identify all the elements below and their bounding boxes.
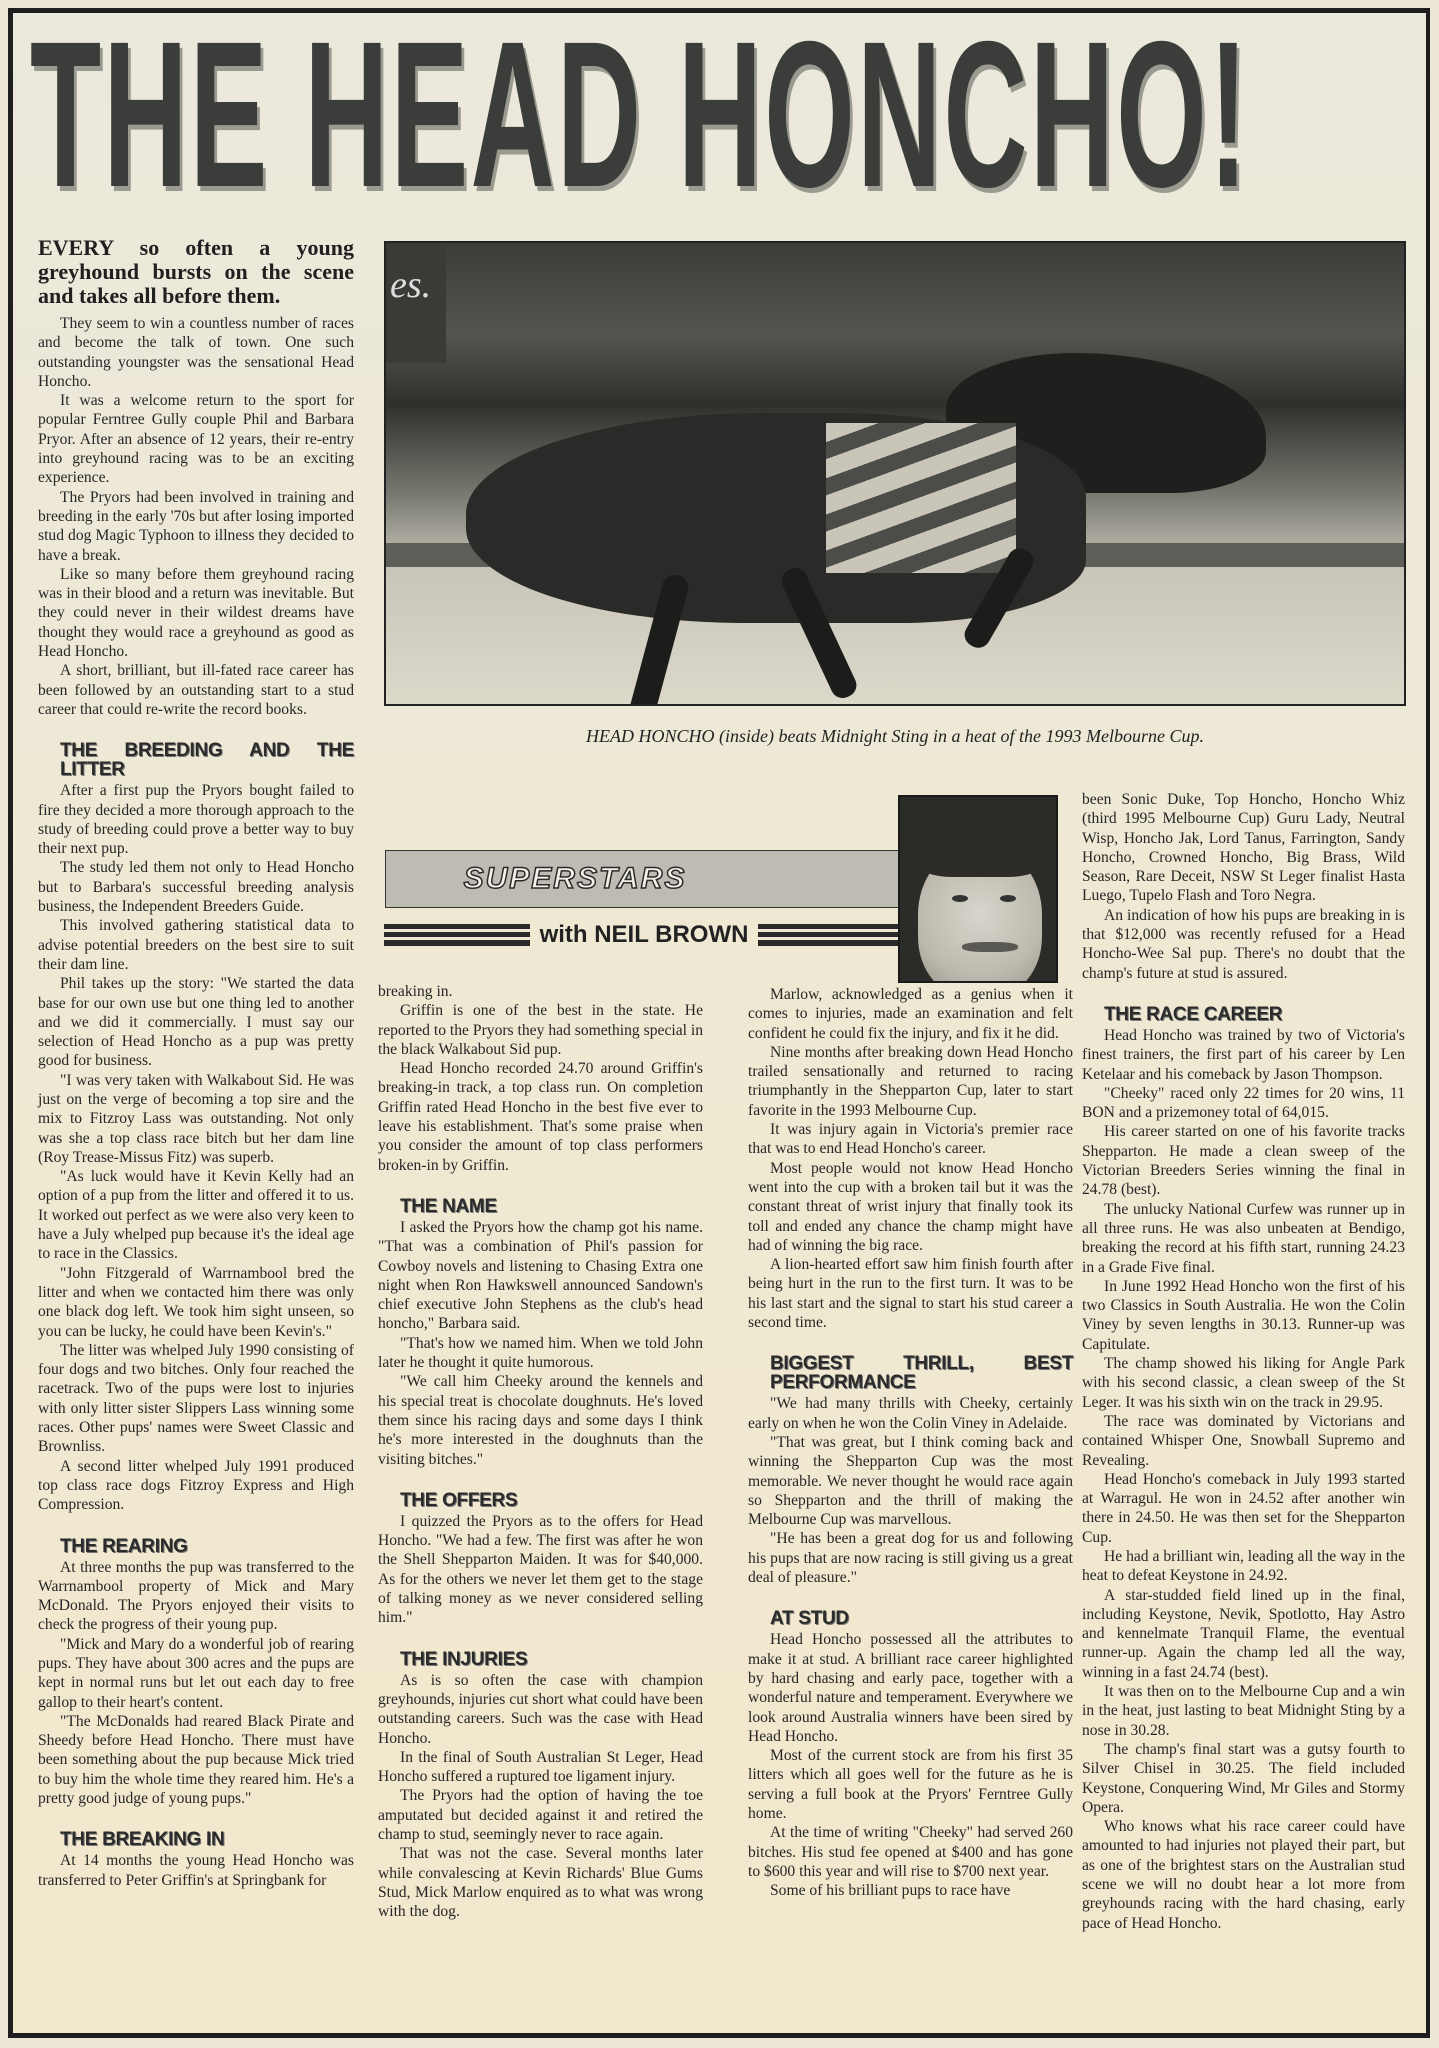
paragraph: Griffin is one of the best in the state.…	[378, 1001, 703, 1059]
paragraph: "He has been a great dog for us and foll…	[748, 1529, 1073, 1587]
paragraph: "We call him Cheeky around the kennels a…	[378, 1372, 703, 1468]
paragraph: "John Fitzgerald of Warrnambool bred the…	[38, 1264, 354, 1341]
paragraph: "I was very taken with Walkabout Sid. He…	[38, 1071, 354, 1167]
paragraph: A second litter whelped July 1991 produc…	[38, 1457, 354, 1515]
paragraph: "Mick and Mary do a wonderful job of rea…	[38, 1635, 354, 1712]
paragraph: Head Honcho was trained by two of Victor…	[1082, 1026, 1405, 1084]
paragraph: A star-studded field lined up in the fin…	[1082, 1586, 1405, 1682]
paragraph: It was then on to the Melbourne Cup and …	[1082, 1682, 1405, 1740]
paragraph: Head Honcho's comeback in July 1993 star…	[1082, 1470, 1405, 1547]
paragraph: After a first pup the Pryors bought fail…	[38, 781, 354, 858]
paragraph: A short, brilliant, but ill-fated race c…	[38, 661, 354, 719]
paragraph: I quizzed the Pryors as to the offers fo…	[378, 1512, 703, 1628]
paragraph: Most of the current stock are from his f…	[748, 1746, 1073, 1823]
byline: with NEIL BROWN	[384, 920, 904, 950]
eye	[952, 895, 968, 902]
paragraph: breaking in.	[378, 982, 703, 1001]
section-heading: THE INJURIES	[400, 1650, 703, 1669]
paragraph: The study led them not only to Head Honc…	[38, 858, 354, 916]
paragraph: In June 1992 Head Honcho won the first o…	[1082, 1277, 1405, 1354]
paragraph: The litter was whelped July 1990 consist…	[38, 1341, 354, 1457]
track-sign: es.	[386, 243, 446, 363]
paragraph: "That's how we named him. When we told J…	[378, 1334, 703, 1373]
paragraph: I asked the Pryors how the champ got his…	[378, 1218, 703, 1334]
paragraph: It was a welcome return to the sport for…	[38, 391, 354, 487]
section-heading: THE NAME	[400, 1197, 703, 1216]
paragraph: The champ's final start was a gutsy four…	[1082, 1740, 1405, 1817]
paragraph: Head Honcho recorded 24.70 around Griffi…	[378, 1059, 703, 1175]
byline-text: with NEIL BROWN	[530, 921, 759, 949]
column-4: been Sonic Duke, Top Honcho, Honcho Whiz…	[1082, 790, 1405, 1933]
paragraph: At three months the pup was transferred …	[38, 1558, 354, 1635]
headline: THE HEAD HONCHO!	[30, 20, 803, 210]
stripes-left	[384, 924, 530, 946]
paragraph: Who knows what his race career could hav…	[1082, 1817, 1405, 1933]
moustache	[962, 942, 1018, 952]
superstars-banner: SUPERSTARS	[385, 850, 905, 908]
hair	[910, 807, 1050, 877]
paragraph: "The McDonalds had reared Black Pirate a…	[38, 1712, 354, 1808]
paragraph: Like so many before them greyhound racin…	[38, 565, 354, 661]
paragraph: This involved gathering statistical data…	[38, 916, 354, 974]
paragraph: "Cheeky" raced only 22 times for 20 wins…	[1082, 1084, 1405, 1123]
paragraph: Most people would not know Head Honcho w…	[748, 1159, 1073, 1255]
paragraph: Phil takes up the story: "We started the…	[38, 974, 354, 1070]
paragraph: The race was dominated by Victorians and…	[1082, 1412, 1405, 1470]
section-heading: THE REARING	[60, 1537, 354, 1556]
column-2: breaking in. Griffin is one of the best …	[378, 982, 703, 1921]
stripes-right	[758, 924, 904, 946]
paragraph: As is so often the case with champion gr…	[378, 1671, 703, 1748]
paragraph: It was injury again in Victoria's premie…	[748, 1120, 1073, 1159]
column-1: EVERY so often a young greyhound bursts …	[38, 236, 354, 1890]
paragraph: Some of his brilliant pups to race have	[748, 1881, 1073, 1900]
paragraph: "As luck would have it Kevin Kelly had a…	[38, 1167, 354, 1263]
section-heading: BIGGEST THRILL, BEST PERFORMANCE	[770, 1354, 1073, 1392]
paragraph: In the final of South Australian St Lege…	[378, 1748, 703, 1787]
paragraph: Nine months after breaking down Head Hon…	[748, 1043, 1073, 1120]
racing-rug	[826, 423, 1016, 573]
section-heading: THE BREAKING IN	[60, 1830, 354, 1849]
paragraph: The unlucky National Curfew was runner u…	[1082, 1200, 1405, 1277]
paragraph: They seem to win a countless number of r…	[38, 314, 354, 391]
section-heading: AT STUD	[770, 1609, 1073, 1628]
section-heading: THE BREEDING AND THE LITTER	[60, 741, 354, 779]
section-heading: THE OFFERS	[400, 1491, 703, 1510]
paragraph: "We had many thrills with Cheeky, certai…	[748, 1394, 1073, 1433]
eye	[1000, 895, 1016, 902]
paragraph: That was not the case. Several months la…	[378, 1844, 703, 1921]
paragraph: The Pryors had the option of having the …	[378, 1786, 703, 1844]
column-3: Marlow, acknowledged as a genius when it…	[748, 985, 1073, 1900]
paragraph: A lion-hearted effort saw him finish fou…	[748, 1255, 1073, 1332]
paragraph: An indication of how his pups are breaki…	[1082, 906, 1405, 983]
paragraph: At the time of writing "Cheeky" had serv…	[748, 1823, 1073, 1881]
paragraph: "That was great, but I think coming back…	[748, 1433, 1073, 1529]
paragraph: been Sonic Duke, Top Honcho, Honcho Whiz…	[1082, 790, 1405, 906]
paragraph: His career started on one of his favorit…	[1082, 1122, 1405, 1199]
paragraph: Head Honcho possessed all the attributes…	[748, 1630, 1073, 1746]
paragraph: He had a brilliant win, leading all the …	[1082, 1547, 1405, 1586]
lede: EVERY so often a young greyhound bursts …	[38, 236, 354, 308]
paragraph: The champ showed his liking for Angle Pa…	[1082, 1354, 1405, 1412]
paragraph: Marlow, acknowledged as a genius when it…	[748, 985, 1073, 1043]
paragraph: The Pryors had been involved in training…	[38, 488, 354, 565]
section-heading: THE RACE CAREER	[1104, 1005, 1405, 1024]
race-photo: es.	[384, 241, 1406, 706]
author-photo	[898, 795, 1058, 983]
paragraph: At 14 months the young Head Honcho was t…	[38, 1851, 354, 1890]
banner-title: SUPERSTARS	[464, 862, 687, 896]
photo-caption: HEAD HONCHO (inside) beats Midnight Stin…	[384, 726, 1406, 747]
